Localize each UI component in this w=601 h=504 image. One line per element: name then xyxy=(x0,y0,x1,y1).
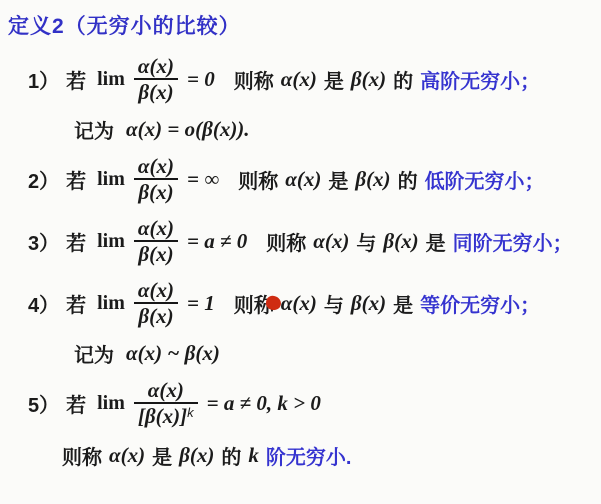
then-word: 则称 xyxy=(62,441,102,470)
alpha-function: α(x) xyxy=(281,67,317,92)
item-number: 1） xyxy=(28,65,59,94)
notation-formula: α(x) ~ β(x) xyxy=(126,341,220,366)
alpha-function: α(x) xyxy=(285,167,321,192)
limit-result: = 1 xyxy=(187,291,215,316)
slide-title: 定义2（无穷小的比较） xyxy=(8,10,601,40)
beta-function: β(x) xyxy=(383,229,418,254)
fraction-numerator: α(x) xyxy=(144,378,188,402)
alpha-function: α(x) xyxy=(109,443,145,468)
fraction-denominator: β(x) xyxy=(138,180,173,204)
limit-operator: lim xyxy=(97,292,125,315)
fraction-denominator: [β(x)] xyxy=(138,404,187,428)
highlighted-term: 阶无穷小. xyxy=(266,441,352,470)
suffix-word: 的 xyxy=(398,165,418,194)
fraction: α(x) β(x) xyxy=(134,54,178,104)
limit-operator: lim xyxy=(97,168,125,191)
notation-line-2: 记为 α(x) ~ β(x) xyxy=(74,334,601,372)
fraction-numerator: α(x) xyxy=(134,278,178,302)
fraction-numerator: α(x) xyxy=(134,154,178,178)
fraction-numerator: α(x) xyxy=(134,216,178,240)
definition-item-4: 4） 若 lim α(x) β(x) = 1 则称 α(x) 与 β(x) 是 … xyxy=(28,272,601,334)
denote-word: 记为 xyxy=(74,115,114,144)
fraction-denominator: β(x) xyxy=(138,80,173,104)
limit-result: = a ≠ 0, k > 0 xyxy=(207,391,321,416)
fraction: α(x) β(x) xyxy=(134,278,178,328)
limit-result: = 0 xyxy=(187,67,215,92)
beta-function: β(x) xyxy=(179,443,214,468)
item-number: 2） xyxy=(28,165,59,194)
if-word: 若 xyxy=(66,165,86,194)
item-number: 4） xyxy=(28,289,59,318)
fraction-denominator: β(x) xyxy=(138,304,173,328)
if-word: 若 xyxy=(66,389,86,418)
denote-word: 记为 xyxy=(74,339,114,368)
limit-result: = a ≠ 0 xyxy=(187,229,247,254)
highlighted-term: 同阶无穷小； xyxy=(453,227,573,256)
exponent-k: k xyxy=(187,406,194,419)
lecture-slide: 定义2（无穷小的比较） 1） 若 lim α(x) β(x) = 0 则称 α(… xyxy=(0,0,601,504)
definition-item-1: 1） 若 lim α(x) β(x) = 0 则称 α(x) 是 β(x) 的 … xyxy=(28,48,601,110)
limit-operator: lim xyxy=(97,392,125,415)
then-word: 则称 xyxy=(234,65,274,94)
if-word: 若 xyxy=(66,65,86,94)
alpha-function: α(x) xyxy=(313,229,349,254)
definition-item-3: 3） 若 lim α(x) β(x) = a ≠ 0 则称 α(x) 与 β(x… xyxy=(28,210,601,272)
is-word: 是 xyxy=(152,441,172,470)
relation-word: 与 xyxy=(356,227,376,256)
suffix-word: 的 xyxy=(393,65,413,94)
highlighted-term: 等价无穷小； xyxy=(420,289,540,318)
relation-word: 与 xyxy=(324,289,344,318)
highlighted-term: 低阶无穷小； xyxy=(425,165,545,194)
fraction: α(x) β(x) xyxy=(134,216,178,266)
suffix-word: 是 xyxy=(426,227,446,256)
of-word: 的 xyxy=(221,441,241,470)
if-word: 若 xyxy=(66,289,86,318)
notation-line-1: 记为 α(x) = o(β(x)). xyxy=(74,110,601,148)
notation-formula: α(x) = o(β(x)). xyxy=(126,117,250,142)
if-word: 若 xyxy=(66,227,86,256)
definition-item-5: 5） 若 lim α(x) [β(x)]k = a ≠ 0, k > 0 xyxy=(28,372,601,434)
k-variable: k xyxy=(248,443,259,468)
fraction-numerator: α(x) xyxy=(134,54,178,78)
limit-result: = ∞ xyxy=(187,167,219,192)
beta-function: β(x) xyxy=(351,67,386,92)
item-number: 3） xyxy=(28,227,59,256)
fraction: α(x) [β(x)]k xyxy=(134,378,198,428)
relation-word: 是 xyxy=(328,165,348,194)
limit-operator: lim xyxy=(97,230,125,253)
fraction-denominator: β(x) xyxy=(138,242,173,266)
relation-word: 是 xyxy=(324,65,344,94)
beta-function: β(x) xyxy=(355,167,390,192)
fraction: α(x) β(x) xyxy=(134,154,178,204)
beta-function: β(x) xyxy=(351,291,386,316)
item-number: 5） xyxy=(28,389,59,418)
limit-operator: lim xyxy=(97,68,125,91)
suffix-word: 是 xyxy=(393,289,413,318)
then-word: 则称 xyxy=(266,227,306,256)
highlighted-term: 高阶无穷小； xyxy=(420,65,540,94)
alpha-function: α(x) xyxy=(281,291,317,316)
definition-item-2: 2） 若 lim α(x) β(x) = ∞ 则称 α(x) 是 β(x) 的 … xyxy=(28,148,601,210)
then-word: 则称 xyxy=(238,165,278,194)
conclusion-line: 则称 α(x) 是 β(x) 的 k 阶无穷小. xyxy=(62,434,601,476)
